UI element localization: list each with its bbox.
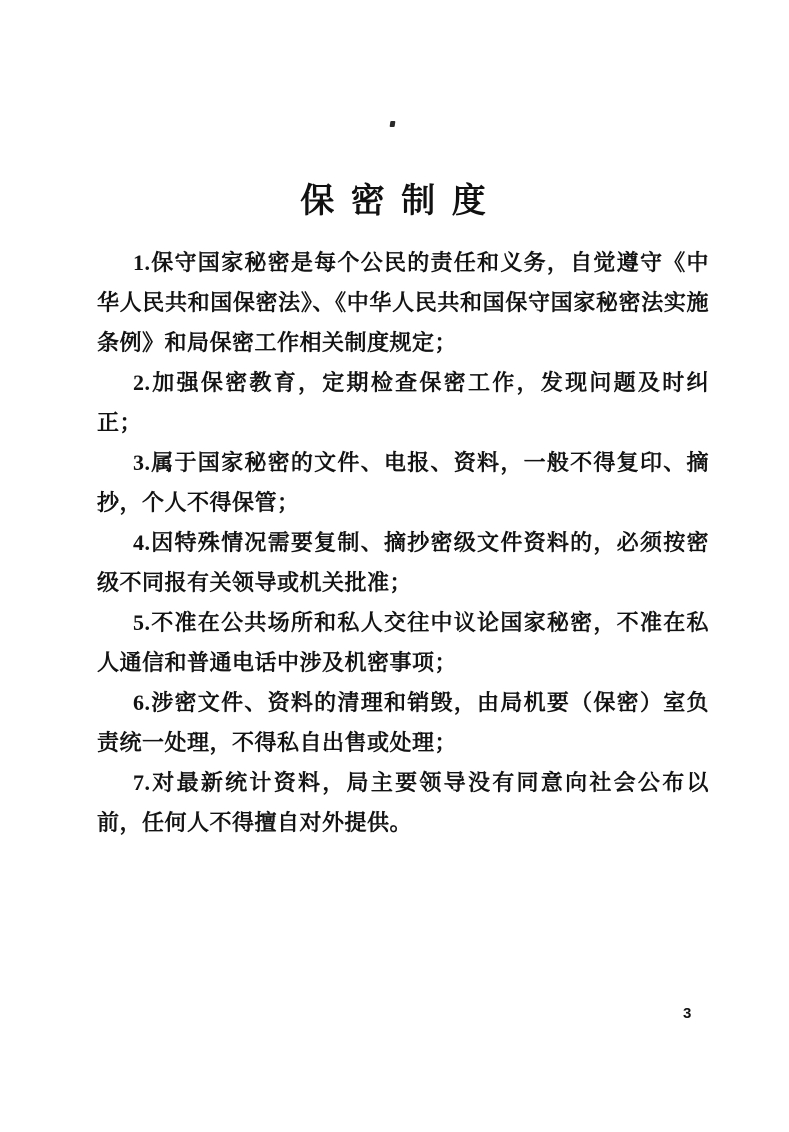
page-number: 3 — [683, 1005, 691, 1022]
policy-item-1: 1.保守国家秘密是每个公民的责任和义务，自觉遵守《中华人民共和国保密法》、《中华… — [97, 243, 709, 363]
policy-item-5: 5.不准在公共场所和私人交往中议论国家秘密，不准在私人通信和普通电话中涉及机密事… — [97, 603, 709, 683]
policy-item-3: 3.属于国家秘密的文件、电报、资料，一般不得复印、摘抄，个人不得保管； — [97, 443, 709, 523]
policy-item-6: 6.涉密文件、资料的清理和销毁，由局机要（保密）室负责统一处理，不得私自出售或处… — [97, 683, 709, 763]
ink-speck — [390, 121, 396, 127]
policy-item-2: 2.加强保密教育，定期检查保密工作，发现问题及时纠正； — [97, 363, 709, 443]
policy-item-4: 4.因特殊情况需要复制、摘抄密级文件资料的，必须按密级不同报有关领导或机关批准； — [97, 523, 709, 603]
page-title: 保 密 制 度 — [0, 173, 789, 222]
policy-item-7: 7.对最新统计资料，局主要领导没有同意向社会公布以前，任何人不得擅自对外提供。 — [97, 763, 709, 843]
document-body: 1.保守国家秘密是每个公民的责任和义务，自觉遵守《中华人民共和国保密法》、《中华… — [97, 243, 709, 843]
document-page: 保 密 制 度 1.保守国家秘密是每个公民的责任和义务，自觉遵守《中华人民共和国… — [0, 0, 789, 1132]
